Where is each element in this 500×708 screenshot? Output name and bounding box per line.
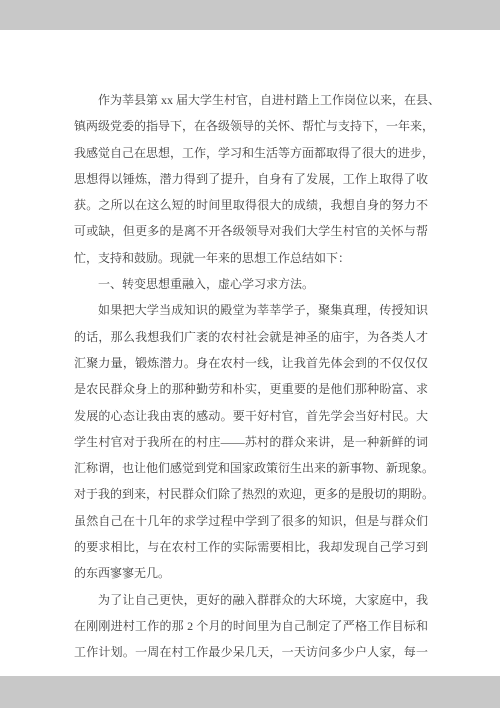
text-line: 作为莘县第 xx 届大学生村官，自进村踏上工作岗位以来，在县、 <box>74 87 428 113</box>
section-heading: 一、转变思想重融入，虚心学习求方法。 <box>74 271 428 297</box>
text-line: 学生村官对于我所在的村庄——苏村的群众来讲，是一种新鲜的词 <box>74 429 428 455</box>
text-line: 忙，支持和鼓励。现就一年来的思想工作总结如下： <box>74 245 428 271</box>
text-line: 的话，那么我想我们广袤的农村社会就是神圣的庙宇，为各类人才 <box>74 324 428 350</box>
text-line: 可或缺，但更多的是离不开各级领导对我们大学生村官的关怀与帮 <box>74 218 428 244</box>
letterbox-top <box>0 0 500 30</box>
letterbox-bottom <box>0 676 500 708</box>
text-line: 的要求相比，与在农村工作的实际需要相比，我却发现自己学习到 <box>74 534 428 560</box>
text-line: 汇称谓，也让他们感觉到党和国家政策衍生出来的新事物、新现象。 <box>74 455 428 481</box>
paragraph-body-1: 如果把大学当成知识的殿堂为莘莘学子，聚集真理，传授知识 的话，那么我想我们广袤的… <box>74 297 428 586</box>
text-line: 获。之所以在这么短的时间里取得很大的成绩，我想自身的努力不 <box>74 192 428 218</box>
text-line: 汇聚力量，锻炼潜力。身在农村一线，让我首先体会到的不仅仅仅 <box>74 350 428 376</box>
text-line: 思想得以锤炼，潜力得到了提升，自身有了发展，工作上取得了收 <box>74 166 428 192</box>
paragraph-heading: 一、转变思想重融入，虚心学习求方法。 <box>74 271 428 297</box>
document-text: 作为莘县第 xx 届大学生村官，自进村踏上工作岗位以来，在县、 镇两级党委的指导… <box>74 87 428 666</box>
text-line: 工作计划。一周在村工作最少呆几天，一天访问多少户人家，每一 <box>74 639 428 665</box>
paragraph-intro: 作为莘县第 xx 届大学生村官，自进村踏上工作岗位以来，在县、 镇两级党委的指导… <box>74 87 428 271</box>
text-line: 我感觉自己在思想，工作，学习和生活等方面都取得了很大的进步， <box>74 140 428 166</box>
paragraph-body-2: 为了让自己更快，更好的融入群群众的大环境，大家庭中，我 在刚刚进村工作的那 2 … <box>74 587 428 666</box>
text-line: 的东西寥寥无几。 <box>74 560 428 586</box>
text-line: 镇两级党委的指导下，在各级领导的关怀、帮忙与支持下，一年来， <box>74 113 428 139</box>
text-line: 虽然自己在十几年的求学过程中学到了很多的知识，但是与群众们 <box>74 508 428 534</box>
text-line: 是农民群众身上的那种勤劳和朴实，更重要的是他们那种盼富、求 <box>74 376 428 402</box>
text-line: 在刚刚进村工作的那 2 个月的时间里为自己制定了严格工作目标和 <box>74 613 428 639</box>
text-line: 对于我的到来，村民群众们除了热烈的欢迎，更多的是殷切的期盼。 <box>74 481 428 507</box>
document-page: 作为莘县第 xx 届大学生村官，自进村踏上工作岗位以来，在县、 镇两级党委的指导… <box>0 30 500 676</box>
text-line: 发展的心态让我由衷的感动。要干好村官，首先学会当好村民。大 <box>74 403 428 429</box>
text-line: 如果把大学当成知识的殿堂为莘莘学子，聚集真理，传授知识 <box>74 297 428 323</box>
text-line: 为了让自己更快，更好的融入群群众的大环境，大家庭中，我 <box>74 587 428 613</box>
